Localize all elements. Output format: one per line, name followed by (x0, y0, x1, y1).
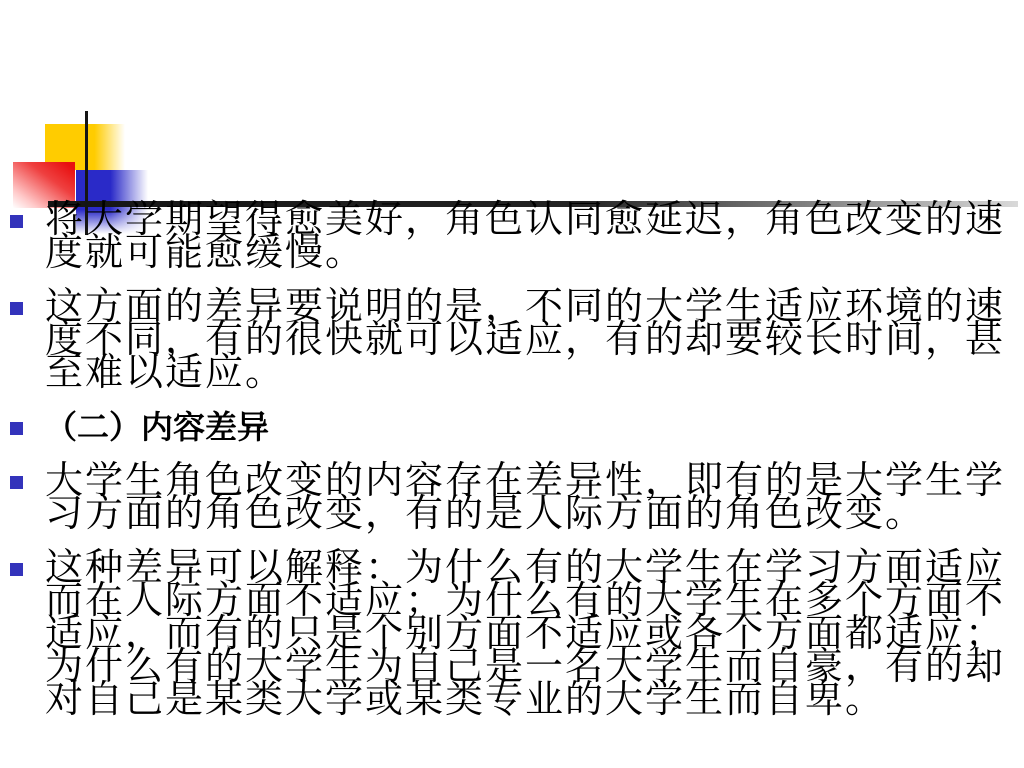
bullet-item: 将大学期望得愈美好，角色认同愈延迟，角色改变的速度就可能愈缓慢。 (0, 204, 1016, 270)
bullet-item-section-heading: （二）内容差异 (0, 411, 1016, 444)
slide-body-text: 将大学期望得愈美好，角色认同愈延迟，角色改变的速度就可能愈缓慢。 这方面的差异要… (0, 204, 1016, 717)
bullet-item: 这方面的差异要说明的是，不同的大学生适应环境的速度不同，有的很快就可以适应，有的… (0, 291, 1016, 390)
bullet-item: 这种差异可以解释：为什么有的大学生在学习方面适应而在人际方面不适应；为什么有的大… (0, 552, 1016, 717)
bullet-item: 大学生角色改变的内容存在差异性，即有的是大学生学习方面的角色改变，有的是人际方面… (0, 465, 1016, 531)
slide: 将大学期望得愈美好，角色认同愈延迟，角色改变的速度就可能愈缓慢。 这方面的差异要… (0, 0, 1024, 768)
